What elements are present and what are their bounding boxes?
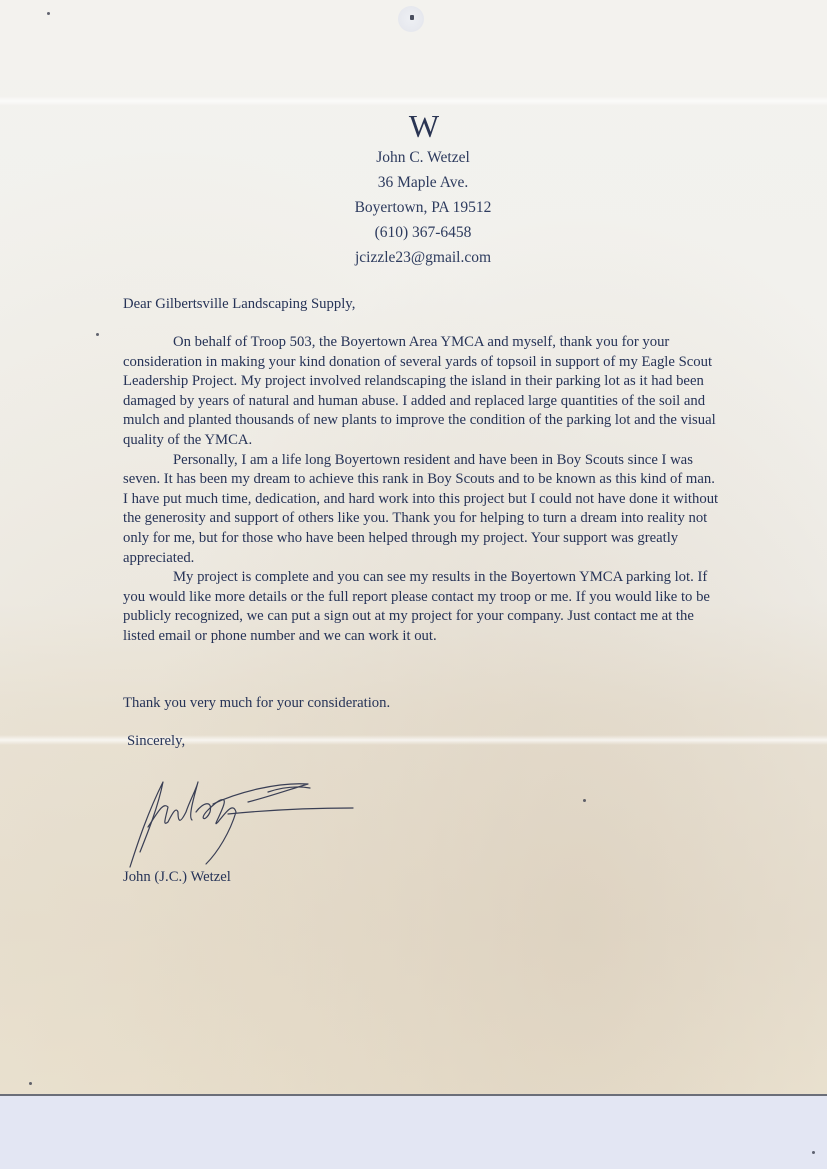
sender-address-line2: Boyertown, PA 19512 xyxy=(300,195,546,220)
letterhead: W John C. Wetzel 36 Maple Ave. Boyertown… xyxy=(300,108,546,270)
monogram-logo: W xyxy=(300,108,546,144)
paragraph-project-complete: My project is complete and you can see m… xyxy=(123,568,723,646)
punch-hole xyxy=(398,6,424,32)
scan-speck xyxy=(29,1082,32,1085)
closing-line: Thank you very much for your considerati… xyxy=(123,694,723,714)
letter-page: W John C. Wetzel 36 Maple Ave. Boyertown… xyxy=(0,0,827,1096)
signoff: Sincerely, xyxy=(127,733,185,750)
scan-speck xyxy=(47,12,50,15)
scan-speck xyxy=(812,1151,815,1154)
paper-fold xyxy=(0,735,827,745)
signature-image xyxy=(118,772,358,872)
letter-body: On behalf of Troop 503, the Boyertown Ar… xyxy=(123,333,723,647)
paragraph-personal: Personally, I am a life long Boyertown r… xyxy=(123,451,723,569)
paper-fold xyxy=(0,96,827,106)
sender-address-line1: 36 Maple Ave. xyxy=(300,170,546,195)
scan-speck xyxy=(96,333,99,336)
signer-name: John (J.C.) Wetzel xyxy=(123,869,231,886)
sender-phone: (610) 367-6458 xyxy=(300,220,546,245)
salutation: Dear Gilbertsville Landscaping Supply, xyxy=(123,295,723,315)
paragraph-thanks: On behalf of Troop 503, the Boyertown Ar… xyxy=(123,333,723,451)
sender-email: jcizzle23@gmail.com xyxy=(300,245,546,270)
scan-speck xyxy=(583,799,586,802)
sender-name: John C. Wetzel xyxy=(300,145,546,170)
